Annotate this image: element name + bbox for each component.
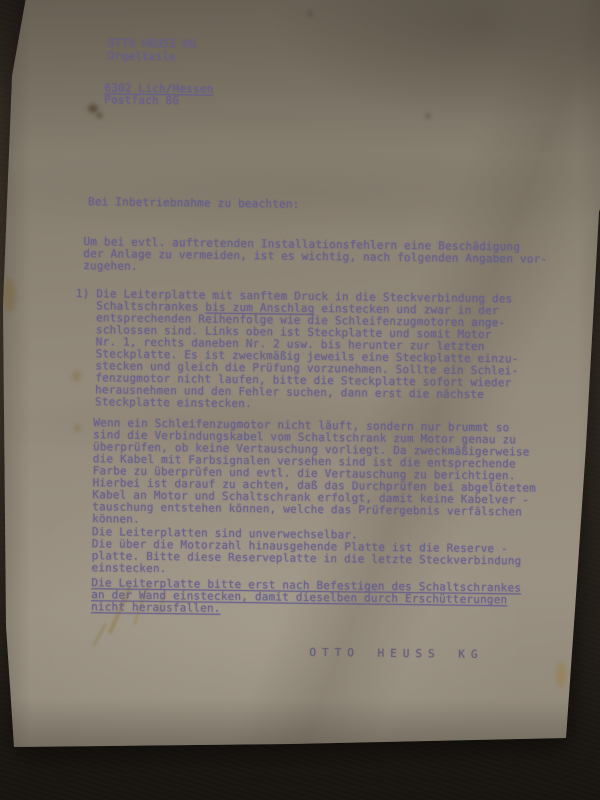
- letterhead-company: OTTO HEUSS KG: [108, 36, 197, 50]
- letterhead-address: 6302 Lich/Hessen Postfach 86: [104, 82, 213, 107]
- paper-shadow-wrap: OTTO HEUSS KG Orgelteile 6302 Lich/Hesse…: [0, 0, 600, 800]
- letterhead: OTTO HEUSS KG Orgelteile: [108, 36, 197, 63]
- document-heading: Bei Inbetriebnahme zu beachten:: [88, 196, 300, 211]
- item1-text-post: einstecken und zwar in der entsprechende…: [74, 302, 518, 410]
- paragraph-2: Wenn ein Schleifenzugmotor nicht läuft, …: [92, 417, 537, 530]
- numbered-item-1: 1) Die Leiterplatte mit sanftem Druck in…: [74, 288, 519, 413]
- paper-sheet: OTTO HEUSS KG Orgelteile 6302 Lich/Hesse…: [0, 0, 600, 752]
- intro-paragraph: Um bei evtl. auftretenden Installationsf…: [83, 236, 547, 278]
- paragraph-3: Die Leiterplatten sind unverwechselbar. …: [91, 526, 521, 579]
- paragraph-4-underlined: Die Leiterplatte bitte erst nach Befesti…: [91, 577, 521, 618]
- letterhead-division: Orgelteile: [108, 49, 176, 63]
- footer-company-name: OTTO HEUSS KG: [309, 647, 483, 661]
- letterhead-po-box: Postfach 86: [104, 93, 179, 107]
- photo-floor-background: OTTO HEUSS KG Orgelteile 6302 Lich/Hesse…: [0, 0, 600, 800]
- typewritten-text-layer: OTTO HEUSS KG Orgelteile 6302 Lich/Hesse…: [0, 0, 600, 758]
